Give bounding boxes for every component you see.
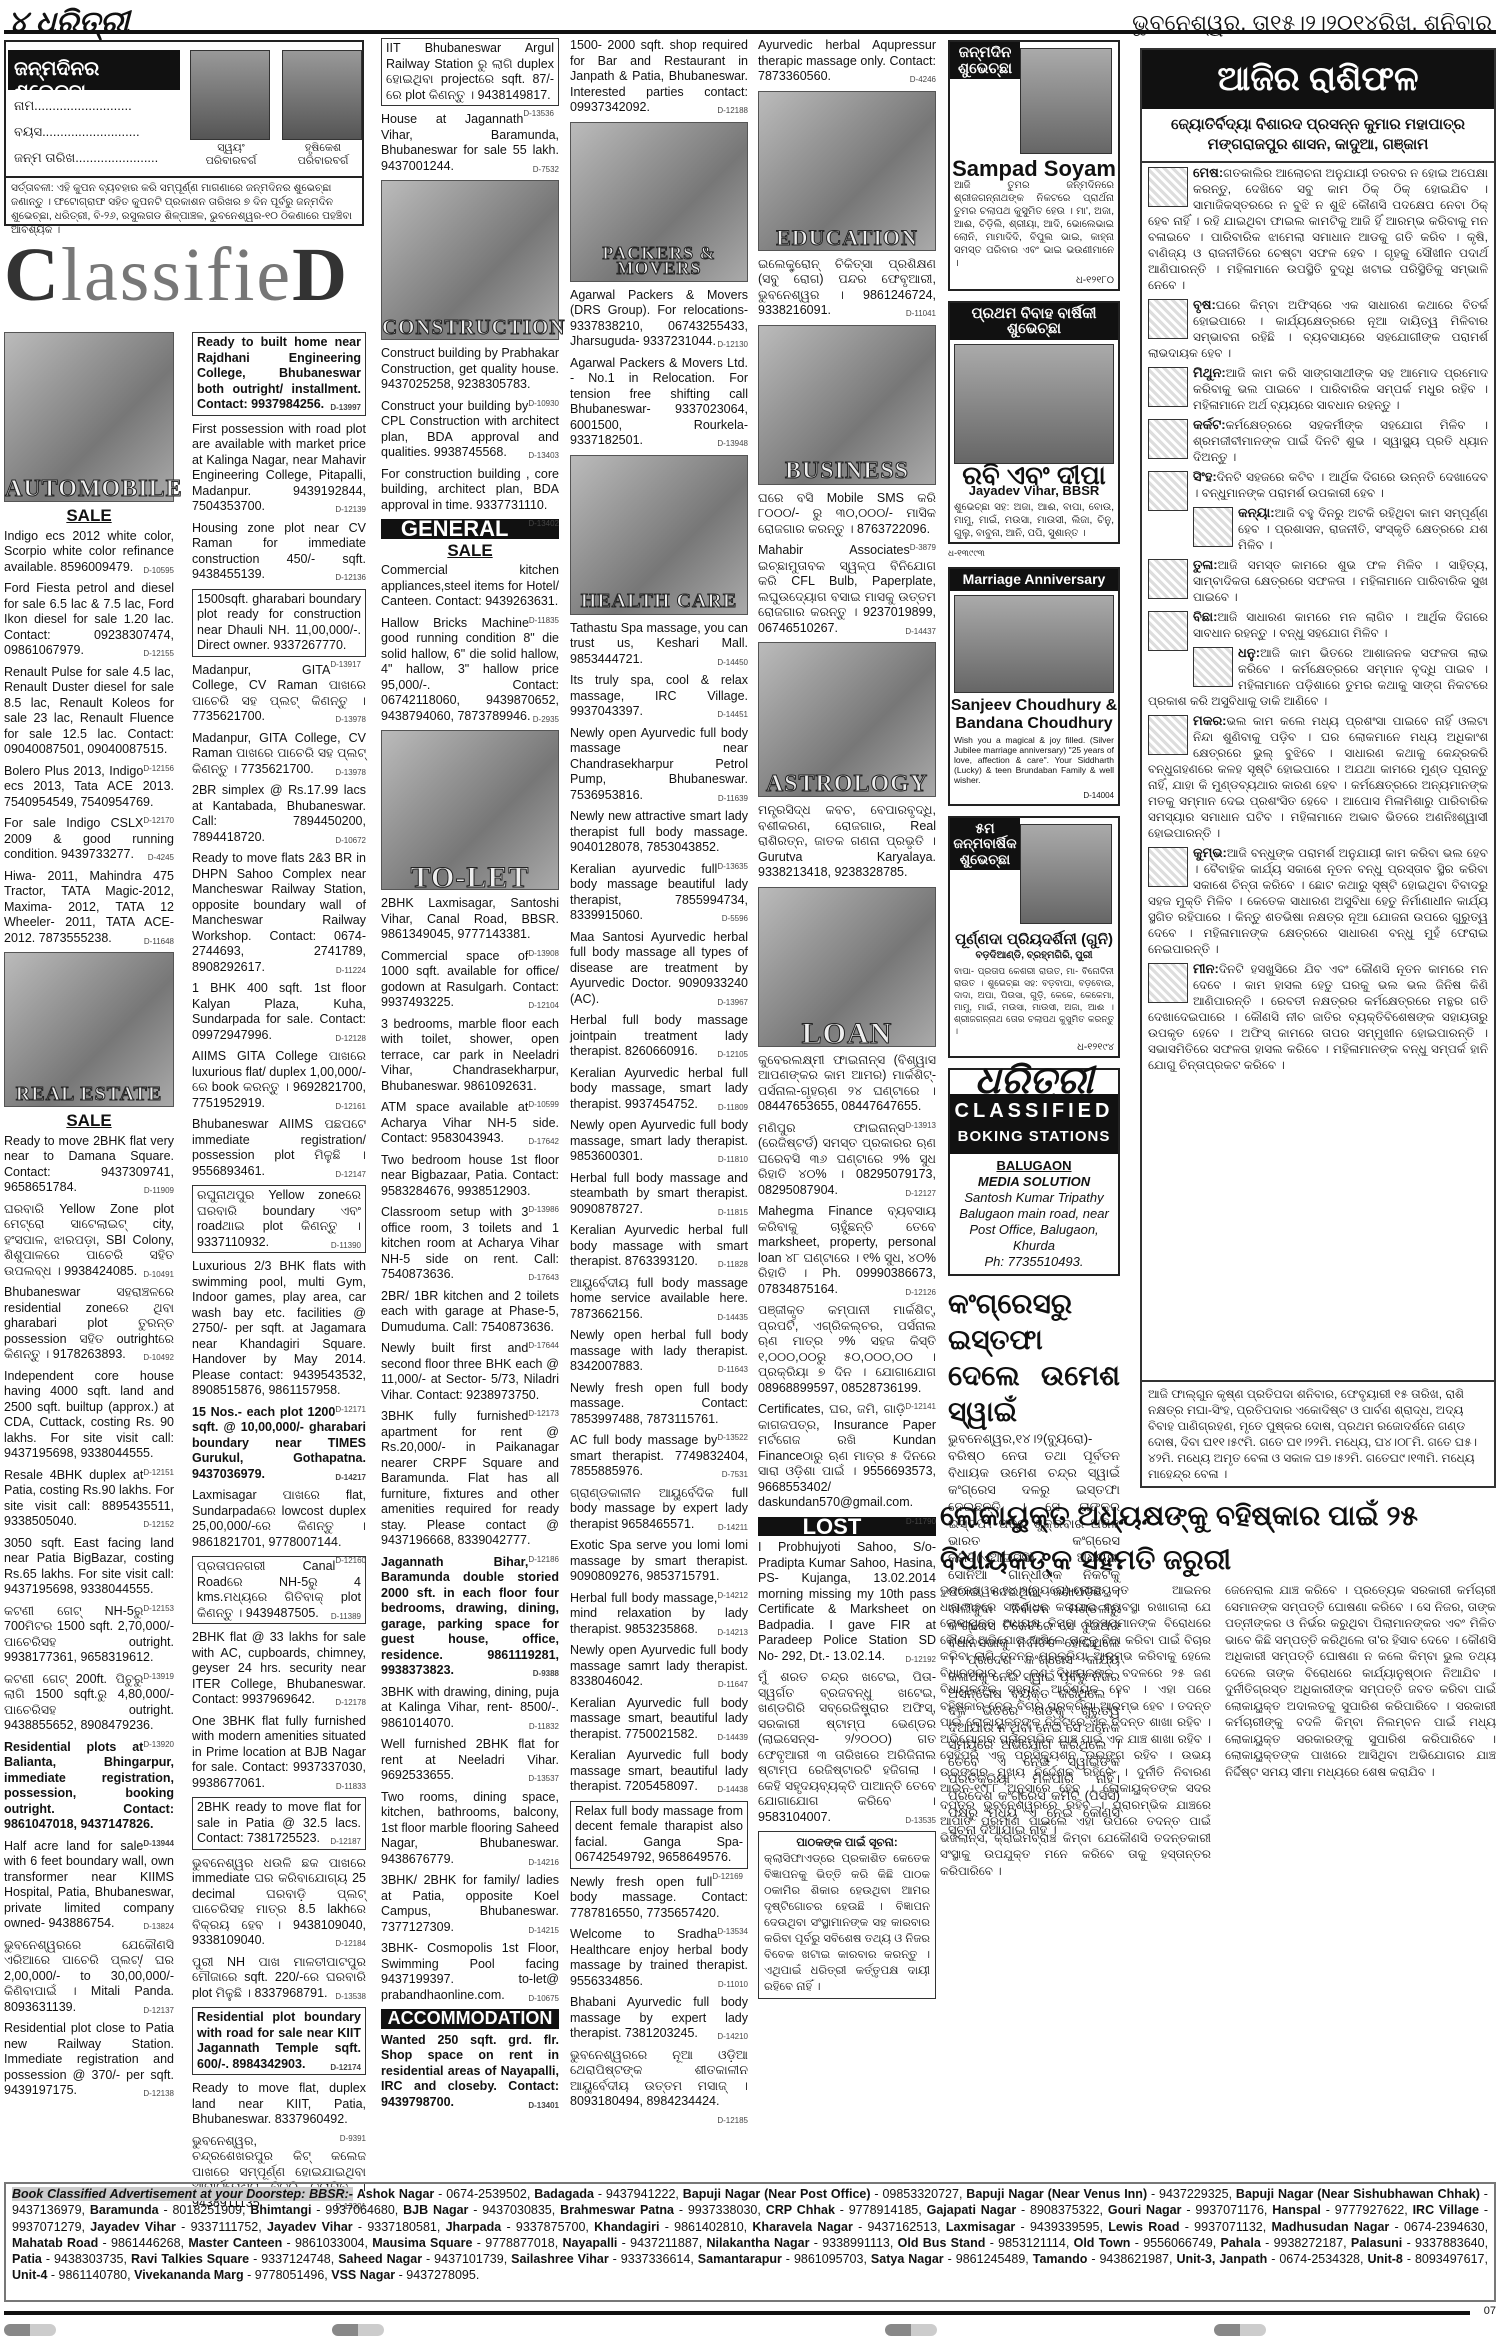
- classified-ad: Hiwa- 2011, Mahindra 475 Tractor, TATA M…: [4, 869, 174, 947]
- booking-station: Nayapalli - 9437211887,: [558, 2236, 702, 2250]
- classified-ad: Jagannath Bihar, Baramunda double storie…: [381, 1555, 559, 1679]
- classified-ad: Keralian Ayurvedic herbal full body mass…: [570, 1066, 748, 1113]
- ad-code: D-11643: [718, 1362, 748, 1378]
- ad-code: D-12187: [330, 1834, 361, 1850]
- ad-code: D-14439: [717, 1730, 748, 1746]
- ad-code: D-12130: [717, 337, 748, 353]
- ad-code: D-12173: [528, 1406, 559, 1422]
- ad-code: D-3879: [910, 540, 936, 556]
- column-automobile-realestate: AUTOMOBILE SALE Indigo ecs 2012 white co…: [4, 332, 174, 2105]
- classified-ad: Independent core house having 4000 sqft.…: [4, 1369, 174, 1462]
- booking-station: Unit-3, Janpath - 0674-2534328,: [1173, 2252, 1364, 2266]
- classified-ad: Herbal full body massage jointpain treat…: [570, 1013, 748, 1060]
- ad-code: D-11790: [906, 1514, 936, 1530]
- ad-code: D-10930: [528, 396, 559, 412]
- booking-station: Khandagiri - 9861402810,: [589, 2220, 747, 2234]
- booking-station: Saheed Nagar - 9437101739,: [334, 2252, 507, 2266]
- taurus-icon: [1148, 299, 1188, 339]
- classified-ad: Indigo ecs 2012 white color, Scorpio whi…: [4, 529, 174, 576]
- greeting-wedding-anniversary: ପ୍ରଥମ ବିବାହ ବାର୍ଷିକୀ ଶୁଭେଚ୍ଛା ରବି ଏବଂ ଦୀ…: [948, 301, 1120, 544]
- ad-code: D-14451: [717, 707, 748, 723]
- horoscope-sign: ବିଛା:ଆଜି ସାଧାରଣ କାମରେ ମନ ଲାଗିବ । ଆର୍ଥିକ …: [1142, 607, 1494, 643]
- classified-ad: Ready to move 2BHK flat very near to Dam…: [4, 1134, 174, 1196]
- ad-code: D-14213: [717, 1625, 748, 1641]
- bottom-rule: [4, 2311, 1470, 2315]
- ad-code: D-2935: [533, 712, 559, 728]
- child-photo: [190, 50, 270, 140]
- classified-ad: Tathastu Spa massage, you can trust us, …: [570, 621, 748, 668]
- page-label: ୪ ଧରିତ୍ରୀ: [8, 6, 129, 40]
- ad-code: D-12128: [335, 1031, 366, 1047]
- classified-ad: Certificates, ଘର, ଜମି, ଗାଡ଼ି କାଗଜପତ୍ର, I…: [758, 1402, 936, 1511]
- readers-notice: ପାଠକଙ୍କ ପାଇଁ ସୂଚନା: କ୍ଲାସିଫାଏଡ୍‌ରେ ପ୍ରକା…: [758, 1831, 936, 1999]
- ad-code: D-11390: [331, 1238, 361, 1254]
- booking-station: Old Bus Stand - 9853121114,: [893, 2236, 1069, 2250]
- classified-ad: 1500- 2000 sqft. shop required for Bar a…: [570, 38, 748, 116]
- classified-ad: 1 BHK 400 sqft. 1st floor Kalyan Plaza, …: [192, 981, 366, 1043]
- ad-code: D-12155: [143, 646, 174, 662]
- booking-station: Bhimtangi - 9937064680,: [245, 2203, 398, 2217]
- virgo-icon: [1193, 507, 1233, 547]
- page-code: 07: [1484, 2305, 1496, 2317]
- automobile-image: AUTOMOBILE: [4, 332, 174, 502]
- booking-station: Ashok Nagar - 0674-2539502,: [357, 2187, 531, 2201]
- column-education-business: Ayurvedic herbal Aqupressur therapic mas…: [758, 38, 936, 1999]
- photo-caption-1: ସ୍ୱୟଂପରିବାରବର୍ଗ: [186, 142, 276, 168]
- classified-ad: Newly fresh open full body massage. Cont…: [570, 1381, 748, 1428]
- classified-ad: ଆୟୁର୍ବେଦୀୟ full body massage home servic…: [570, 1276, 748, 1323]
- classified-ad: ଗ୍ରାଣ୍ଡକାଳୀନ ଆୟୁର୍ବେଦିକ full body massag…: [570, 1486, 748, 1533]
- classified-ad: Residential plot close to Patia new Rail…: [4, 2021, 174, 2099]
- classified-ad: Residential plot boundary with road for …: [192, 2007, 366, 2075]
- ad-code: D-11224: [336, 963, 366, 979]
- construction-image: CONSTRUCTION: [381, 180, 559, 340]
- horoscope-sign: ସିଂହ:ଦିନଟି ସହଜରେ କଟିବ । ଆର୍ଥିକ ଦିଗରେ ଉନ୍…: [1142, 467, 1494, 503]
- classified-ad: Keralian Ayurvedic herbal full body mass…: [570, 1223, 748, 1270]
- panjika: ଆଜି ଫାଲ୍‌ଗୁନ କୃଷ୍ଣ ପ୍ରତିପଦା ଶନିବାର, ଫେବୃ…: [1142, 1380, 1494, 1486]
- ad-code: D-11809: [718, 1100, 748, 1116]
- horoscope-sign: ବୃଷ:ଘରେ କିମ୍ବା ଅଫିସ୍‌ରେ ଏକ ସାଧାରଣ କଥାରେ …: [1142, 295, 1494, 363]
- greeting-5th-birthday: ୫ମ ଜନ୍ମବାର୍ଷିକ ଶୁଭେଚ୍ଛା ପୂର୍ଣ୍ଣଦା ପ୍ରିୟଦ…: [948, 816, 1120, 1059]
- classified-ad: Renault Pulse for sale 4.5 lac, Renault …: [4, 665, 174, 758]
- ad-code: D-13920: [143, 1737, 174, 1753]
- scroll-tab: [332, 2324, 384, 2336]
- ad-code: D-11909: [144, 1183, 174, 1199]
- classified-ad: କୁବେରଲକ୍ଷ୍ମୀ ଫାଇନାନ୍ସ (ବିଶ୍ୱାସ ଆପଣଙ୍କର କ…: [758, 1053, 936, 1115]
- scroll-tab: [885, 2324, 937, 2336]
- ad-code: D-12178: [335, 1695, 366, 1711]
- ad-code: D-10672: [335, 833, 366, 849]
- classified-ad: Well furnished 2BHK flat for rent at Nee…: [381, 1737, 559, 1784]
- classified-ad: Its truly spa, cool & relax massage, IRC…: [570, 673, 748, 720]
- classified-ad: Newly open herbal full body massage with…: [570, 1328, 748, 1375]
- classified-ad: Ford Fiesta petrol and diesel for sale 6…: [4, 581, 174, 659]
- ad-code: D-12188: [717, 103, 748, 119]
- ad-code: D-11810: [718, 1152, 748, 1168]
- booking-station: Palasuni - 9337883640,: [1347, 2236, 1488, 2250]
- ad-code: D-17642: [528, 1134, 559, 1150]
- ad-code: D-13538: [335, 1989, 366, 2005]
- booking-station: Lewis Road - 9937071132,: [1103, 2220, 1266, 2234]
- ad-code: D-10675: [528, 1991, 559, 2007]
- classified-ad: IIT Bhubaneswar Argul Railway Station ରୁ…: [381, 38, 559, 106]
- booking-station: Ravi Talkies Square - 9337124748,: [127, 2252, 334, 2266]
- ad-code: D-4245: [148, 850, 174, 866]
- horoscope-sign: ମୀନ:ଦିନଟି ହସଖୁସିରେ ଯିବ ଏବଂ କୌଣସି ନୂତନ କା…: [1142, 959, 1494, 1075]
- ad-code: D-13978: [335, 712, 366, 728]
- ad-code: D-14435: [717, 1310, 748, 1326]
- ad-code: D-12139: [335, 502, 366, 518]
- ad-code: D-12127: [905, 1186, 936, 1202]
- ad-code: D-12105: [717, 1047, 748, 1063]
- booking-station: Sailashree Vihar - 9337336614,: [507, 2252, 694, 2266]
- classified-ad: Hallow Bricks Machine good running condi…: [381, 616, 559, 725]
- horoscope-sign: ମକର:ଭଲ କାମ କଲେ ମଧ୍ୟ ପ୍ରଶଂସା ପାଇବେ ନାହିଁ …: [1142, 711, 1494, 843]
- classified-ad: 3BHK fully furnished apartment for rent …: [381, 1409, 559, 1549]
- classified-ad: Laxmisagar ପାଖରେ flat, Sundarpadaରେ lowc…: [192, 1488, 366, 1550]
- birthday-coupon: ଜନ୍ମଦିନର ଶୁଭେଚ୍ଛା ନାମ...................…: [4, 40, 364, 226]
- ad-code: D-12185: [717, 2113, 748, 2129]
- classified-ad: ଭୁବନେଶ୍ୱରରେ ଯେକୌଣସି ଏରିଆରେ ପାଚେରି ପ୍ଲଟ୍/…: [4, 1938, 174, 2016]
- ad-code: D-14438: [717, 1782, 748, 1798]
- horoscope-sign: ମେଷ:ଗତକାଲିର ଆଲୋଚନା ଅନୁଯାୟୀ ତରବର ନ ହୋଇ ଅପ…: [1142, 163, 1494, 295]
- classified-ad: Newly open Ayurvedic full body massage, …: [570, 1118, 748, 1165]
- classified-ad: One 3BHK flat fully furnished with moder…: [192, 1714, 366, 1792]
- astrologer-info: ଜ୍ୟୋତିର୍ବିଦ୍ୟା ବିଶାରଦ ପ୍ରସନ୍ନ କୁମାର ମହାପ…: [1142, 109, 1494, 163]
- booking-station: Jharpada - 9337875700,: [440, 2220, 589, 2234]
- ad-code: D-9391: [340, 2131, 366, 2147]
- healthcare-image: HEALTH CARE: [570, 455, 748, 615]
- classified-ad: Newly open Ayurvedic full body massage n…: [570, 726, 748, 804]
- age-field[interactable]: ବୟସ...........................: [14, 124, 140, 140]
- classified-ad: ପୁରୀ NH ପାଖ ମାଳତୀପାଟପୁର ମୌଜାରେ sqft. 220…: [192, 1955, 366, 2002]
- classified-ad: For construction building , core buildin…: [381, 467, 559, 514]
- ad-code: D-14217: [335, 1470, 366, 1486]
- classified-ad: AIIMS GITA College ପାଖରେ luxurious flat/…: [192, 1049, 366, 1111]
- ad-code: D-13635: [717, 859, 748, 875]
- classified-ad: Wanted 250 sqft. grd. flr. Shop space on…: [381, 2033, 559, 2111]
- ad-code: D-11389: [331, 1609, 361, 1625]
- ad-code: D-14437: [905, 624, 936, 640]
- booking-station: Kharavela Nagar - 9437162513,: [747, 2220, 940, 2234]
- top-rule: [4, 30, 1496, 34]
- ad-code: D-5596: [722, 911, 748, 927]
- ad-code: D-13401: [528, 2098, 559, 2114]
- classified-ad: 3BHK/ 2BHK for family/ ladies at Patia, …: [381, 1873, 559, 1935]
- aries-icon: [1148, 167, 1188, 207]
- classified-ad: Bhabani Ayurvedic full body massage by e…: [570, 1995, 748, 2042]
- classified-ad: Newly open Ayurvedic full body massage s…: [570, 1643, 748, 1690]
- ad-code: D-13534: [717, 1924, 748, 1940]
- horoscope-sign: ଧନୁ:ଆଜି କାମ ଭିତରେ ଆଶାଜନକ ସଫଳତା ଲାଭ କରିବେ…: [1142, 643, 1494, 711]
- scorpio-icon: [1148, 611, 1188, 651]
- classified-ad: ଘରବାରି Yellow Zone plot ମେଟ୍ରୋ ସାଟେଲାଇଟ୍…: [4, 1202, 174, 1280]
- booking-lead: Book Classified Advertisement at your Do…: [12, 2187, 353, 2201]
- booking-station: Baramunda - 8018251909,: [85, 2203, 245, 2217]
- ad-code: D-14211: [718, 1520, 748, 1536]
- tolet-image: TO-LET: [381, 730, 559, 890]
- booking-station: Mahatab Road - 9861446268,: [12, 2236, 184, 2250]
- classified-ad: 1500sqft. gharabari boundary plot ready …: [192, 589, 366, 657]
- ad-code: D-12171: [335, 1402, 366, 1418]
- ad-code: D-9388: [533, 1666, 559, 1682]
- loan-image: LOAN: [758, 887, 936, 1047]
- ad-code: D-13402: [528, 516, 559, 532]
- classified-ad: Ayurvedic herbal Aqupressur therapic mas…: [758, 38, 936, 85]
- ad-code: D-12152: [143, 1517, 174, 1533]
- leo-icon: [1148, 471, 1188, 511]
- ad-code: D-13967: [717, 995, 748, 1011]
- classified-ad: Two bedroom house 1st floor near Bigbaza…: [381, 1153, 559, 1200]
- classified-ad: ଭୁବନେଶ୍ୱରରେ ନୂଆ ଓଡ଼ିଆ ଥେରାପିଷ୍ଟଙ୍କ ଶୀତକା…: [570, 2048, 748, 2110]
- classified-ad: Madanpur, GITA College, CV Raman ପାଖରେ ପ…: [192, 731, 366, 778]
- horoscope-sign: କୁମ୍ଭ:ଆଜି ବନ୍ଧୁଙ୍କ ପରାମର୍ଶ ଅନୁଯାୟୀ କାମ କ…: [1142, 843, 1494, 959]
- ad-code: D-4246: [910, 72, 936, 88]
- horoscope-sign: ମିଥୁନ:ଆଜି କାମ କରି ସାଙ୍ଗସାଥୀଙ୍କ ସହ ଆମୋଦ ପ…: [1142, 363, 1494, 415]
- ad-code: D-12174: [330, 2060, 361, 2076]
- ad-code: D-11647: [718, 1677, 748, 1693]
- booking-station: Jayadev Vihar - 9337111752,: [85, 2220, 262, 2234]
- classified-ad: 2BHK flat @ 33 lakhs for sale with AC, c…: [192, 1630, 366, 1708]
- ad-code: D-14216: [528, 1855, 559, 1871]
- ad-code: D-11832: [529, 1719, 559, 1735]
- classified-ad: 2BR simplex @ Rs.17.99 lacs at Kantabada…: [192, 783, 366, 845]
- greeting-marriage-anniversary: Marriage Anniversary Sanjeev Choudhury &…: [948, 567, 1120, 806]
- ad-code: D-12147: [335, 1167, 366, 1183]
- ad-code: D-12138: [143, 2086, 174, 2102]
- booking-station: Madhusudan Nagar - 0674-2394630,: [1266, 2220, 1488, 2234]
- coupon-terms: ସର୍ତ୍ତାବଳୀ: ଏହି କୁପନ ବ୍ୟବହାର କରି ସମ୍ପୂର୍…: [6, 176, 362, 224]
- booking-station: Badagada - 9437941222,: [530, 2187, 679, 2201]
- classified-ad: Commercial kitchen appliances,steel item…: [381, 563, 559, 610]
- classified-ad: Agarwal Packers & Movers Ltd. - No.1 in …: [570, 356, 748, 449]
- ad-code: D-12104: [528, 998, 559, 1014]
- ad-code: D-13919: [143, 1669, 174, 1685]
- ad-code: D-13403: [528, 448, 559, 464]
- booking-stations-box: ଧରିତ୍ରୀ CLASSIFIEDBOKING STATIONS BALUGA…: [948, 1068, 1120, 1276]
- classified-ad: Mahegma Finance ବ୍ୟବସାୟ କରିବାକୁ ଚାହୁଁଛନ୍…: [758, 1204, 936, 1297]
- classified-ad: 2BHK Laxmisagar, Santoshi Vihar, Canal R…: [381, 896, 559, 943]
- ad-code: D-7532: [533, 162, 559, 178]
- re-sale-heading: SALE: [4, 1113, 174, 1129]
- booking-station: CRP Chhak - 9778914185,: [761, 2203, 922, 2217]
- booking-station: Laxmisagar - 9439339595,: [941, 2220, 1103, 2234]
- news-headline-lokayukta: ଲୋକାୟୁକ୍ତ ଅଧ୍ୟକ୍ଷଙ୍କୁ ବହିଷ୍କାର ପାଇଁ ୨୫ ବ…: [940, 1494, 1496, 1582]
- booking-station: BJB Nagar - 9437030835,: [398, 2203, 555, 2217]
- booking-station: Unit-4 - 9861140780,: [12, 2268, 131, 2282]
- horoscope-title: ଆଜିର ରାଶିଫଳ: [1142, 50, 1494, 109]
- classified-ad: Relax full body massage from decent fema…: [570, 1801, 748, 1869]
- ad-code: D-12160: [335, 1553, 366, 1569]
- booking-station: Bapuji Nagar (Near Post Office) - 098533…: [679, 2187, 963, 2201]
- business-image: BUSINESS: [758, 325, 936, 485]
- classified-ad: Exotic Spa serve you lomi lomi massage b…: [570, 1538, 748, 1585]
- classified-ad: ଇଲେକ୍ଟ୍ରୋନ୍ ଚିକିତ୍ସା ପ୍ରଶିକ୍ଷଣ (ସବୁ ରୋଗ)…: [758, 257, 936, 319]
- ad-code: D-13978: [335, 765, 366, 781]
- ad-code: D-13535: [905, 1813, 936, 1829]
- ad-code: D-11010: [718, 1977, 748, 1993]
- booking-station: Brahmeswar Patna - 9937338030,: [555, 2203, 761, 2217]
- horoscope-sign: ତୁଳା:ଆଜି ସମସ୍ତ କାମରେ ଶୁଭ ଫଳ ମିଳିବ । ସାହି…: [1142, 555, 1494, 607]
- classified-ad: Residential plots at Balianta, Bhingarpu…: [4, 1740, 174, 1833]
- horoscope-panel: ଆଜିର ରାଶିଫଳ ଜ୍ୟୋତିର୍ବିଦ୍ୟା ବିଶାରଦ ପ୍ରସନ୍…: [1140, 48, 1496, 1488]
- sagittarius-icon: [1193, 647, 1233, 687]
- ad-code: D-14210: [717, 2029, 748, 2045]
- ad-code: D-10492: [143, 1350, 174, 1366]
- booking-station: Samantarapur - 9861095703,: [694, 2252, 867, 2266]
- aquarius-icon: [1148, 847, 1188, 887]
- booking-station: Gajapati Nagar - 8908375322,: [922, 2203, 1103, 2217]
- classified-ad: Luxurious 2/3 BHK flats with swimming po…: [192, 1259, 366, 1399]
- capricorn-icon: [1148, 715, 1188, 755]
- ad-code: D-13997: [330, 400, 361, 416]
- name-field[interactable]: ନାମ...........................: [14, 98, 132, 114]
- pisces-icon: [1148, 963, 1188, 1003]
- ad-code: D-7531: [722, 1467, 748, 1483]
- man-photo: [282, 50, 362, 140]
- classified-ad: ରଘୁନାଥପୁର Yellow zoneରେ ଘରବାରି boundary …: [192, 1185, 366, 1253]
- classified-ad: ମୁଁ ଶରତ ଚନ୍ଦ୍ର ଖଟେଇ, ପିତା- ସ୍ୱର୍ଗତ ବ୍ରଜବ…: [758, 1670, 936, 1825]
- classified-ad: Housing zone plot near CV Raman for imme…: [192, 521, 366, 583]
- classified-ad: Keralian Ayurvedic full body massage sma…: [570, 1696, 748, 1743]
- ad-code: D-10595: [143, 563, 174, 579]
- ad-code: D-12153: [143, 1601, 174, 1617]
- classified-ad: 3BHK with drawing, dining, puja at Kalin…: [381, 1685, 559, 1732]
- gemini-icon: [1148, 367, 1188, 407]
- ad-code: D-10599: [528, 1097, 559, 1113]
- packers-image: PACKERS & MOVERS: [570, 122, 748, 282]
- booking-station: Mausima Square - 9778877018,: [368, 2236, 558, 2250]
- ad-code: D-12192: [905, 1652, 936, 1668]
- booking-station: Nilakantha Nagar - 9338991113,: [702, 2236, 893, 2250]
- ad-code: D-12151: [143, 1465, 174, 1481]
- scroll-tab: [1214, 2324, 1266, 2336]
- ad-code: D-12136: [335, 570, 366, 586]
- classified-ad: 3050 sqft. East facing land near Patia B…: [4, 1536, 174, 1598]
- astrology-image: ASTROLOGY: [758, 642, 936, 797]
- ad-code: D-11833: [336, 1779, 366, 1795]
- classified-ad: Ready to move flats 2&3 BR in DHPN Sahoo…: [192, 851, 366, 975]
- classified-ad: Maa Santosi Ayurvedic herbal full body m…: [570, 930, 748, 1008]
- ad-code: D-12161: [335, 1099, 366, 1115]
- classified-ad: ପଞ୍ଜୀକୃତ କମ୍ପାନୀ ମାର୍କଶିଟ୍, ପ୍ରପର୍ଟି, ଏଗ…: [758, 1303, 936, 1396]
- classified-ad: 2BHK ready to move flat for sale in Pati…: [192, 1797, 366, 1850]
- scroll-tab: [4, 2324, 56, 2336]
- classified-ad: Newly new attractive smart lady therapis…: [570, 809, 748, 856]
- booking-station: Jayadev Vihar - 9337180581,: [262, 2220, 441, 2234]
- ad-code: D-13948: [717, 436, 748, 452]
- ad-code: D-11835: [529, 613, 559, 629]
- ad-code: D-13917: [330, 657, 361, 673]
- classified-ad: 3BHK- Cosmopolis 1st Floor, Swimming Poo…: [381, 1941, 559, 2003]
- booking-station: Satya Nagar - 9861245489,: [867, 2252, 1029, 2266]
- ad-code: D-11639: [718, 791, 748, 807]
- classified-ad: Herbal full body massage and steambath b…: [570, 1171, 748, 1218]
- photo-caption-2: ହୃଷିକେଶପରିବାରବର୍ଗ: [278, 142, 368, 168]
- ad-code: D-13824: [143, 1919, 174, 1935]
- ad-code: D-13536: [523, 106, 554, 122]
- cancer-icon: [1148, 419, 1188, 459]
- booking-station: Patia - 9438303735,: [12, 2252, 127, 2266]
- classified-logo: ClassifieD: [4, 232, 364, 322]
- ad-code: D-13944: [143, 1836, 174, 1852]
- general-sale-heading: SALE: [381, 543, 559, 559]
- ad-code: D-13537: [528, 1771, 559, 1787]
- classified-ad: ଭୁବନେଶ୍ୱର ଧଉଳି ଛକ ପାଖରେ immediate ଘର କରି…: [192, 1856, 366, 1949]
- classified-ad: 3 bedrooms, marble floor each with toile…: [381, 1017, 559, 1095]
- classified-ad: Mahabir Associates ଇଚ୍ଛାମୁତାବକ ସ୍ୱଳ୍ପ ବି…: [758, 543, 936, 636]
- ad-code: D-11041: [906, 306, 936, 322]
- column-realestate-2: Ready to built home near Rajdhani Engine…: [192, 332, 366, 2217]
- horoscope-sign: କନ୍ୟା:ଆଜି ବହୁ ଦିନରୁ ଅଟକି ରହିଥିବା କାମ ସମ୍…: [1142, 503, 1494, 555]
- classified-ad: Ready to built home near Rajdhani Engine…: [192, 332, 366, 416]
- ad-code: D-10491: [143, 1267, 174, 1283]
- sale-heading: SALE: [4, 508, 174, 524]
- classified-ad: First possession with road plot are avai…: [192, 422, 366, 515]
- classified-ad: Ready to move flat, duplex land near KII…: [192, 2081, 366, 2128]
- booking-station: Vivekananda Marg - 9778051496,: [131, 2268, 328, 2282]
- ad-code: D-11815: [718, 1205, 748, 1221]
- booking-station: Tamando - 9438621987,: [1029, 2252, 1173, 2266]
- booking-station: Bapuji Nagar (Near Venus Inn) - 94372293…: [962, 2187, 1232, 2201]
- horoscope-sign: କର୍କଟ:କର୍ମକ୍ଷେତ୍ରରେ ସହକର୍ମୀଙ୍କ ସହଯୋଗ ମିଳ…: [1142, 415, 1494, 467]
- classified-ad: ଘରେ ବସି Mobile SMS କରି ୮୦୦୦/- ରୁ ୩୦,୦୦୦/…: [758, 491, 936, 538]
- ad-code: D-17644: [528, 1338, 559, 1354]
- ad-code: D-13522: [717, 1430, 748, 1446]
- booking-station: VSS Nagar - 9437278095.: [328, 2268, 480, 2282]
- ad-code: D-14215: [528, 1923, 559, 1939]
- booking-station: Unit-8 - 8093497617,: [1363, 2252, 1488, 2266]
- classified-ad: I Probhujyoti Sahoo, S/o- Pradipta Kumar…: [758, 1540, 936, 1664]
- ad-code: D-11828: [718, 1257, 748, 1273]
- booking-station: Pahala - 9938272187,: [1216, 2236, 1346, 2250]
- ad-code: D-12170: [143, 813, 174, 829]
- ad-code: D-14450: [717, 655, 748, 671]
- birthday-coupon-title: ଜନ୍ମଦିନର ଶୁଭେଚ୍ଛା: [8, 50, 180, 90]
- booking-station: Gouri Nagar - 9937071176,: [1103, 2203, 1267, 2217]
- dob-field[interactable]: ଜନ୍ମ ତାରିଖ.......................: [14, 150, 158, 166]
- ad-code: D-13986: [528, 1202, 559, 1218]
- ad-code: D-12141: [905, 1399, 936, 1415]
- classified-ad: 2BR/ 1BR kitchen and 2 toilets each with…: [381, 1289, 559, 1336]
- ad-code: D-17643: [528, 1270, 559, 1286]
- ad-code: D-13913: [905, 1118, 936, 1134]
- ad-code: D-12169: [712, 1869, 743, 1885]
- classified-ad: ମନ୍ତ୍ରସିଦ୍ଧ କବଚ, ବେପାରବୃଦ୍ଧି, ବଶୀକରଣ, ରୋ…: [758, 803, 936, 881]
- ad-code: D-13908: [528, 946, 559, 962]
- libra-icon: [1148, 559, 1188, 599]
- column-packers-health: 1500- 2000 sqft. shop required for Bar a…: [570, 38, 748, 2128]
- ad-code: D-14212: [717, 1588, 748, 1604]
- classified-ad: Bhubaneswar ସହରାଞ୍ଚଳରେ residential zoneର…: [4, 1285, 174, 1363]
- classified-ad: Half acre land for sale with 6 feet boun…: [4, 1839, 174, 1932]
- classified-ad: Two rooms, dining space, kitchen, bathro…: [381, 1790, 559, 1868]
- ad-code: D-12137: [143, 2003, 174, 2019]
- ad-code: D-12186: [528, 1552, 559, 1568]
- booking-stations-strip: Book Classified Advertisement at your Do…: [4, 2182, 1496, 2302]
- news-lokayukta: ଲୋକାୟୁକ୍ତ ଅଧ୍ୟକ୍ଷଙ୍କୁ ବହିଷ୍କାର ପାଇଁ ୨୫ ବ…: [940, 1494, 1496, 1879]
- ad-code: D-12126: [905, 1285, 936, 1301]
- ad-code: D-12156: [143, 761, 174, 777]
- classified-ad: Keralian Ayurvedic full body massage sma…: [570, 1748, 748, 1795]
- classified-ad: Agarwal Packers & Movers (DRS Group). Fo…: [570, 288, 748, 350]
- booking-station: Old Town - 9556066749,: [1069, 2236, 1216, 2250]
- education-image: EDUCATION: [758, 91, 936, 251]
- news-headline-congress: କଂଗ୍ରେସରୁ ଇସ୍ତଫା ଦେଲେ ଉମେଶ ସ୍ୱାଇଁ: [948, 1286, 1120, 1430]
- accommodation-heading: ACCOMMODATION: [381, 2009, 559, 2029]
- ad-code: D-12184: [335, 1936, 366, 1952]
- column-construction-tolet: IIT Bhubaneswar Argul Railway Station ରୁ…: [381, 38, 559, 2116]
